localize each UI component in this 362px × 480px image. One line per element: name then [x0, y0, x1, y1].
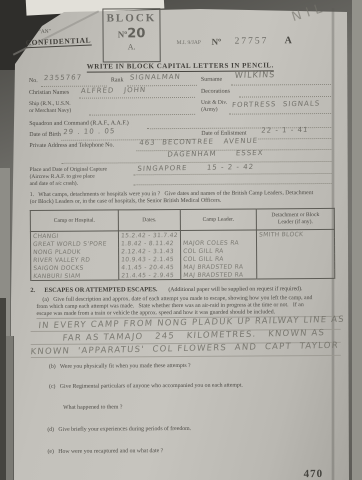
- camp-cell: GREAT WORLD S'PORE: [33, 240, 107, 248]
- field-rank-label: Rank: [111, 77, 124, 83]
- field-rank-value: SIGNALMAN: [130, 73, 182, 82]
- dotted-line: [79, 96, 195, 99]
- dotted-line: [258, 137, 331, 140]
- torn-text-fragment: "AN": [38, 29, 51, 36]
- ref-no-symbol: Nº: [212, 37, 222, 47]
- field-dob-value: 29 . 10 . 05: [63, 127, 116, 136]
- leader-cell: COL GILL RA: [183, 247, 224, 254]
- section2c-followup: What happened to them ?: [63, 404, 122, 410]
- field-ship-label-line2: or Merchant Navy): [29, 108, 71, 115]
- dotted-line: [239, 95, 331, 98]
- dates-cell: 4.1.45 - 20.4.45: [121, 264, 174, 271]
- dotted-line: [231, 83, 331, 86]
- leader-cell: MAJOR COLES RA: [183, 239, 239, 246]
- field-no-value: 2355767: [44, 73, 83, 82]
- block-stamp-suffix: A.: [104, 42, 160, 51]
- camp-cell: CHANGI: [33, 232, 59, 239]
- block-no-symbol: Nº: [118, 29, 128, 39]
- field-ship-label-line1: Ship (R.N., U.S.N.: [29, 101, 71, 108]
- ref-form-label: M.I. 9/JAP: [177, 40, 201, 46]
- table-header-row: Camp or Hospital. Dates. Camp Leader. De…: [30, 208, 334, 231]
- field-capture-value: SINGAPORE 15 - 2 - 42: [137, 163, 254, 173]
- confidential-label: CONFIDENTIAL: [25, 35, 91, 48]
- dates-cell: 1.8.42 - 8.11.42: [121, 240, 174, 247]
- field-dob-label: Date of Birth: [29, 132, 61, 138]
- question1-line2: (or Block) Leaders or, in the case of ho…: [30, 198, 222, 205]
- form-content: BLOCK Nº20 A. "AN" CONFIDENTIAL M.I. 9/J…: [0, 0, 362, 480]
- dotted-line: [229, 112, 331, 115]
- field-squadron-label: Squadron and Command (R.A.F., A.A.F.): [29, 120, 129, 127]
- header-dates: Dates.: [118, 210, 180, 231]
- field-unit-label-line1: Unit & Div.: [201, 100, 227, 107]
- field-unit-label-line2: (Army): [201, 107, 218, 114]
- page-number: 470: [304, 468, 324, 480]
- field-unit-value: FORTRESS SIGNALS: [232, 100, 321, 110]
- camp-cell: KANBURI SIAM: [33, 272, 81, 279]
- pencil-nil-note: NIL: [290, 0, 329, 25]
- dotted-line: [134, 182, 332, 185]
- field-christian-label: Christian Names: [29, 90, 69, 96]
- detachment-cell: SMITH BLOCK: [259, 231, 304, 238]
- header-camp-or-hospital: Camp or Hospital.: [30, 210, 118, 232]
- camp-cell: RIVER VALLEY RD: [33, 256, 91, 263]
- dotted-line: [134, 172, 332, 175]
- field-enlist-label: Date of Enlistment: [201, 131, 246, 137]
- question1-line1: 1. What camps, detachments or hospitals …: [30, 190, 314, 198]
- dates-cell: 15.2.42 - 31.7.42: [121, 232, 178, 239]
- section2b-question: (b) Were you physically fit when you mad…: [49, 363, 191, 370]
- field-decorations-label: Decorations: [201, 89, 230, 95]
- camp-cell: SAIGON DOCKS: [33, 264, 84, 271]
- field-surname-label: Surname: [201, 77, 222, 83]
- ref-suffix: A: [285, 35, 292, 46]
- block-number-handwritten: 20: [127, 26, 145, 41]
- ref-number: 27757: [235, 36, 269, 46]
- dates-cell: 10.9.43 - 2.1.45: [121, 256, 174, 263]
- field-address-value-line1: 463 BECONTREE AVENUE: [139, 137, 258, 147]
- field-christian-value: ALFRED JOHN: [81, 86, 147, 95]
- block-number-stamp: BLOCK Nº20 A.: [102, 8, 160, 62]
- camps-table: Camp or Hospital. Dates. Camp Leader. De…: [30, 208, 335, 281]
- section2e-question: (e) How were you recaptured and on what …: [47, 448, 163, 455]
- field-address-value-line2: DAGENHAM ESSEX: [167, 149, 264, 159]
- block-stamp-text: BLOCK: [103, 12, 159, 24]
- field-no-label: No.: [29, 78, 38, 84]
- section2-number: 2.: [30, 287, 35, 294]
- header-detachment-leader: Detachment or Block Leader (if any).: [256, 208, 334, 230]
- dotted-line: [89, 113, 195, 116]
- field-address-label: Private Address and Telephone No.: [29, 142, 114, 149]
- leader-cell: MAJ BRADSTED RA: [183, 263, 244, 270]
- section2d-question: (d) Give briefly your experiences during…: [47, 426, 191, 433]
- section2-heading: ESCAPES OR ATTEMPTED ESCAPES.: [44, 286, 157, 294]
- leader-cell: MAJ BRADSTED RA: [183, 271, 244, 278]
- field-capture-label-line2: (Aircrew R.A.F. to give place: [30, 174, 95, 181]
- header-camp-leader: Camp Leader.: [180, 209, 256, 231]
- field-capture-label-line3: and date of a/c crash).: [30, 181, 78, 188]
- section2-note: (Additional paper will be supplied on re…: [168, 286, 302, 293]
- field-surname-value: WILKINS: [235, 70, 276, 80]
- leader-cell: COL GILL RA: [183, 255, 224, 262]
- scanned-document-photo: BLOCK Nº20 A. "AN" CONFIDENTIAL M.I. 9/J…: [0, 0, 362, 480]
- field-enlist-value: 22 - 1 - 41: [261, 126, 309, 135]
- dates-cell: 2.12.42 - 3.1.43: [121, 248, 174, 255]
- camp-cell: NONG PLADUK: [33, 248, 81, 255]
- dates-cell: 21.4.45 - 2.9.45: [121, 272, 174, 279]
- section2c-question: (c) Give Regimental particulars of anyon…: [49, 383, 243, 390]
- field-capture-label-line1: Place and Date of Original Capture: [29, 167, 106, 174]
